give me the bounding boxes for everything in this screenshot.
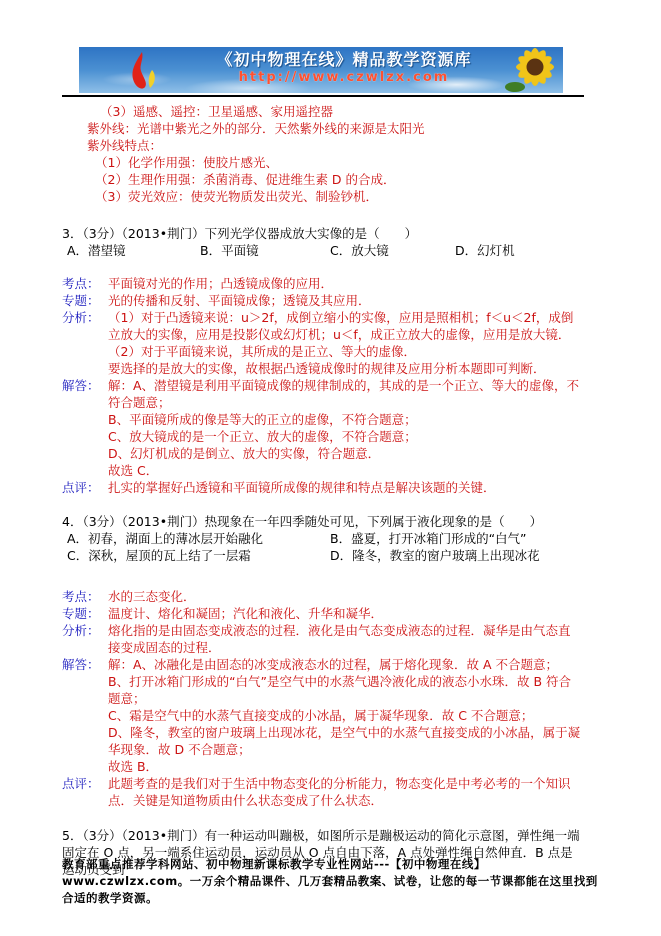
option-b: B．平面镜 [200, 242, 330, 259]
option-c: C．深秋，屋顶的瓦上结了一层霜 [67, 547, 330, 564]
flame-logo-icon [125, 50, 167, 93]
fenxi-content: 熔化指的是由固态变成液态的过程．液化是由气态变成液态的过程．凝华是由气态直接变成… [108, 622, 582, 656]
note-line: （2）生理作用强：杀菌消毒、促进维生素 D 的合成． [62, 171, 582, 188]
banner-text-block: 《初中物理在线》精品教学资源库 http://www.czwlzx.com [199, 50, 489, 86]
jieda-row: 解答： 解：A、潜望镜是利用平面镜成像的规律制成的，其成的是一个正立、等大的虚像… [62, 377, 582, 479]
kaodian-row: 考点： 水的三态变化． [62, 588, 582, 605]
question-4-options: A．初春，湖面上的薄冰层开始融化 B．盛夏，打开冰箱门形成的“白气” C．深秋，… [62, 530, 582, 564]
kaodian-content: 水的三态变化． [108, 588, 582, 605]
option-d: D．隆冬，教室的窗户玻璃上出现冰花 [330, 547, 540, 564]
zhuanti-row: 专题： 光的传播和反射、平面镜成像；透镜及其应用． [62, 292, 582, 309]
fenxi-row: 分析： （1）对于凸透镜来说：u＞2f，成倒立缩小的实像，应用是照相机；f＜u＜… [62, 309, 582, 377]
kaodian-row: 考点： 平面镜对光的作用；凸透镜成像的应用． [62, 275, 582, 292]
uv-notes: （3）遥感、遥控：卫星遥感、家用遥控器 紫外线：光谱中紫光之外的部分．天然紫外线… [62, 103, 582, 205]
jieda-label: 解答： [62, 377, 108, 479]
dianping-content: 扎实的掌握好凸透镜和平面镜所成像的规律和特点是解决该题的关键． [108, 479, 582, 496]
question-3-options: A．潜望镜 B．平面镜 C．放大镜 D．幻灯机 [62, 242, 582, 259]
question-3: 3．（3分）（2013•荆门）下列光学仪器成放大实像的是（ ） A．潜望镜 B．… [62, 225, 582, 496]
fenxi-label: 分析： [62, 622, 108, 656]
note-line: （3）荧光效应：使荧光物质发出荧光、制验钞机． [62, 188, 582, 205]
jieda-content: 解：A、冰融化是由固态的冰变成液态水的过程，属于熔化现象．故 A 不合题意；B、… [108, 656, 582, 775]
fenxi-label: 分析： [62, 309, 108, 377]
jieda-label: 解答： [62, 656, 108, 775]
zhuanti-row: 专题： 温度计、熔化和凝固；汽化和液化、升华和凝华． [62, 605, 582, 622]
question-3-stem: 3．（3分）（2013•荆门）下列光学仪器成放大实像的是（ ） [62, 225, 582, 242]
document-content: （3）遥感、遥控：卫星遥感、家用遥控器 紫外线：光谱中紫光之外的部分．天然紫外线… [62, 103, 582, 878]
dianping-row: 点评： 扎实的掌握好凸透镜和平面镜所成像的规律和特点是解决该题的关键． [62, 479, 582, 496]
site-url: http://www.czwlzx.com [199, 70, 489, 86]
option-a: A．潜望镜 [67, 242, 200, 259]
fenxi-row: 分析： 熔化指的是由固态变成液态的过程．液化是由气态变成液态的过程．凝华是由气态… [62, 622, 582, 656]
document-page: { "colors": { "note_red": "#cc1111", "la… [0, 0, 661, 936]
question-4: 4．（3分）（2013•荆门）热现象在一年四季随处可见，下列属于液化现象的是（ … [62, 513, 582, 809]
option-a: A．初春，湖面上的薄冰层开始融化 [67, 530, 330, 547]
option-d: D．幻灯机 [455, 242, 515, 259]
header-divider [62, 95, 584, 97]
options-row: A．初春，湖面上的薄冰层开始融化 B．盛夏，打开冰箱门形成的“白气” [67, 530, 582, 547]
note-line: 紫外线特点： [62, 137, 582, 154]
option-b: B．盛夏，打开冰箱门形成的“白气” [330, 530, 527, 547]
question-4-analysis: 考点： 水的三态变化． 专题： 温度计、熔化和凝固；汽化和液化、升华和凝华． 分… [62, 588, 582, 809]
options-row: C．深秋，屋顶的瓦上结了一层霜 D．隆冬，教室的窗户玻璃上出现冰花 [67, 547, 582, 564]
kaodian-label: 考点： [62, 588, 108, 605]
zhuanti-label: 专题： [62, 292, 108, 309]
question-3-analysis: 考点： 平面镜对光的作用；凸透镜成像的应用． 专题： 光的传播和反射、平面镜成像… [62, 275, 582, 496]
note-line: （1）化学作用强：使胶片感光、 [62, 154, 582, 171]
jieda-content: 解：A、潜望镜是利用平面镜成像的规律制成的，其成的是一个正立、等大的虚像，不符合… [108, 377, 582, 479]
kaodian-label: 考点： [62, 275, 108, 292]
site-banner: 《初中物理在线》精品教学资源库 http://www.czwlzx.com [79, 47, 563, 93]
dianping-row: 点评： 此题考查的是我们对于生活中物态变化的分析能力，物态变化是中考必考的一个知… [62, 775, 582, 809]
note-line: （3）遥感、遥控：卫星遥感、家用遥控器 [62, 103, 582, 120]
jieda-row: 解答： 解：A、冰融化是由固态的冰变成液态水的过程，属于熔化现象．故 A 不合题… [62, 656, 582, 775]
dianping-content: 此题考查的是我们对于生活中物态变化的分析能力，物态变化是中考必考的一个知识点．关… [108, 775, 582, 809]
zhuanti-content: 光的传播和反射、平面镜成像；透镜及其应用． [108, 292, 582, 309]
footer-promo-text: 教育部重点推荐学科网站、初中物理新课标教学专业性网站---【初中物理在线】www… [62, 856, 602, 907]
sunflower-icon [495, 47, 559, 93]
site-title: 《初中物理在线》精品教学资源库 [199, 50, 489, 70]
dianping-label: 点评： [62, 479, 108, 496]
kaodian-content: 平面镜对光的作用；凸透镜成像的应用． [108, 275, 582, 292]
zhuanti-label: 专题： [62, 605, 108, 622]
zhuanti-content: 温度计、熔化和凝固；汽化和液化、升华和凝华． [108, 605, 582, 622]
question-4-stem: 4．（3分）（2013•荆门）热现象在一年四季随处可见，下列属于液化现象的是（ … [62, 513, 582, 530]
fenxi-content: （1）对于凸透镜来说：u＞2f，成倒立缩小的实像，应用是照相机；f＜u＜2f，成… [108, 309, 582, 377]
option-c: C．放大镜 [330, 242, 455, 259]
dianping-label: 点评： [62, 775, 108, 809]
note-line: 紫外线：光谱中紫光之外的部分．天然紫外线的来源是太阳光 [62, 120, 582, 137]
